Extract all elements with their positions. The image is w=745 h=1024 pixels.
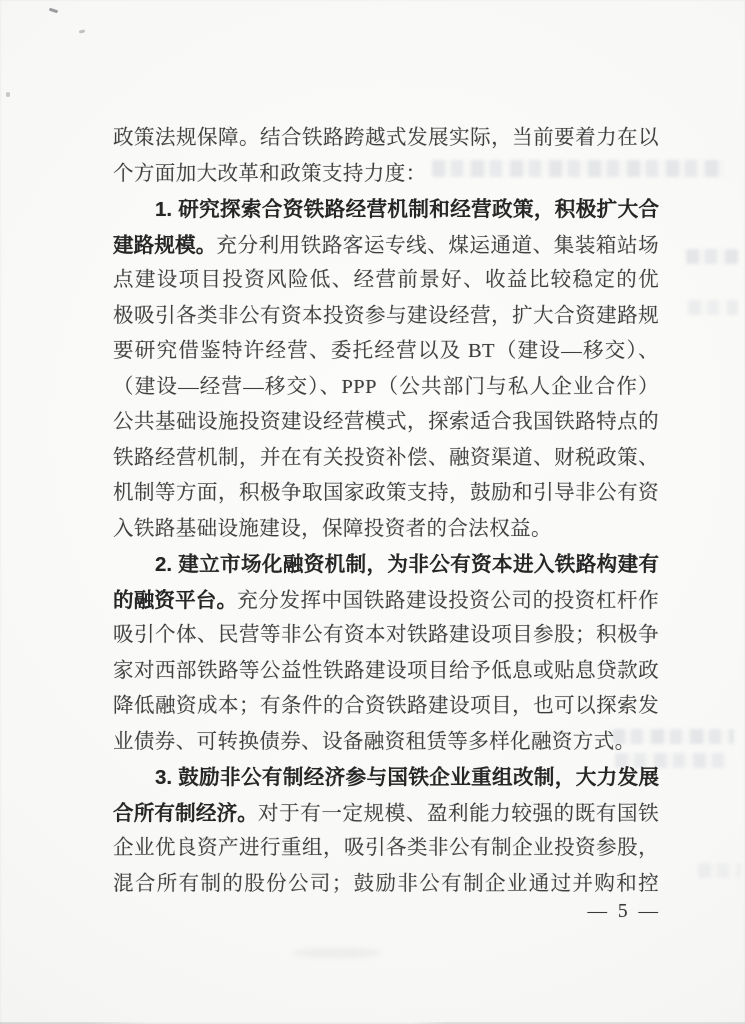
text-line: 公共基础设施投资建设经营模式，探索适合我国铁路特点的合资	[113, 405, 659, 441]
bold-text-run: 合所有制经济。	[113, 802, 258, 825]
scan-speck	[49, 8, 58, 14]
text-line: 家对西部铁路等公益性铁路建设项目给予低息或贴息贷款政策，	[113, 654, 659, 690]
text-run: 吸引个体、民营等非公有资本对铁路建设项目参股；积极争取国	[113, 624, 659, 654]
text-line: 合所有制经济。对于有一定规模、盈利能力较强的既有国铁运输	[113, 796, 659, 832]
text-line: 2. 建立市场化融资机制，为非公有资本进入铁路构建有效	[113, 547, 659, 583]
text-run: 铁路经营机制，并在有关投资补偿、融资渠道、财税政策、运价	[113, 447, 659, 477]
text-line: 吸引个体、民营等非公有资本对铁路建设项目参股；积极争取国	[113, 618, 659, 654]
text-line: 入铁路基础设施建设，保障投资者的合法权益。	[113, 512, 659, 548]
document-page: 政策法规保障。结合铁路跨越式发展实际，当前要着力在以下几个方面加大改革和政策支持…	[0, 0, 745, 1024]
text-line: 3. 鼓励非公有制经济参与国铁企业重组改制，大力发展混	[113, 760, 659, 796]
text-line: 极吸引各类非公有资本投资参与建设经营，扩大合资建路规模。	[113, 299, 659, 335]
text-line: 机制等方面，积极争取国家政策支持，鼓励和引导非公有资本投	[113, 476, 659, 512]
text-run: 业债券、可转换债券、设备融资租赁等多样化融资方式。	[113, 731, 636, 753]
text-line: 政策法规保障。结合铁路跨越式发展实际，当前要着力在以下几	[113, 121, 659, 157]
scan-speck	[6, 92, 10, 97]
bold-text-run: 1. 研究探索合资铁路经营机制和经营政策，积极扩大合资	[155, 198, 659, 228]
text-run: 家对西部铁路等公益性铁路建设项目给予低息或贴息贷款政策，	[113, 660, 659, 690]
bold-text-run: 建路规模。	[113, 234, 216, 257]
document-body: 政策法规保障。结合铁路跨越式发展实际，当前要着力在以下几个方面加大改革和政策支持…	[113, 121, 659, 902]
page-number: — 5 —	[588, 901, 662, 923]
bleed-through-artifact	[688, 300, 738, 315]
text-line: 企业优良资产进行重组，吸引各类非公有制企业投资参股，组建	[113, 831, 659, 867]
bleed-through-artifact	[698, 863, 740, 878]
text-run: 降低融资成本；有条件的合资铁路建设项目，也可以探索发行企	[113, 695, 659, 725]
text-run: 企业优良资产进行重组，吸引各类非公有制企业投资参股，组建	[113, 837, 659, 867]
bold-text-run: 的融资平台。	[113, 589, 237, 612]
text-line: 个方面加大改革和政策支持力度：	[113, 157, 659, 193]
text-run: 公共基础设施投资建设经营模式，探索适合我国铁路特点的合资	[113, 411, 659, 441]
text-line: （建设—经营—移交）、PPP（公共部门与私人企业合作）等多种	[113, 370, 659, 406]
text-line: 的融资平台。充分发挥中国铁路建设投资公司的投资杠杆作用，	[113, 583, 659, 619]
text-line: 点建设项目投资风险低、经营前景好、收益比较稳定的优势，积	[113, 263, 659, 299]
text-run: 极吸引各类非公有资本投资参与建设经营，扩大合资建路规模。	[113, 305, 659, 335]
text-run: 机制等方面，积极争取国家政策支持，鼓励和引导非公有资本投	[113, 482, 659, 512]
text-run: 要研究借鉴特许经营、委托经营以及 BT（建设—移交）、BOT	[113, 340, 659, 370]
scan-speck	[79, 29, 85, 33]
text-run: 个方面加大改革和政策支持力度：	[113, 163, 427, 185]
text-line: 建路规模。充分利用铁路客运专线、煤运通道、集装箱站场等重	[113, 228, 659, 264]
text-run: 入铁路基础设施建设，保障投资者的合法权益。	[113, 518, 552, 540]
text-line: 1. 研究探索合资铁路经营机制和经营政策，积极扩大合资	[113, 192, 659, 228]
text-run: （建设—经营—移交）、PPP（公共部门与私人企业合作）等多种	[113, 376, 659, 406]
bold-text-run: 2. 建立市场化融资机制，为非公有资本进入铁路构建有效	[155, 553, 659, 583]
scan-smudge	[292, 948, 382, 958]
bold-text-run: 3. 鼓励非公有制经济参与国铁企业重组改制，大力发展混	[155, 766, 659, 796]
text-line: 铁路经营机制，并在有关投资补偿、融资渠道、财税政策、运价	[113, 441, 659, 477]
text-run: 混合所有制的股份公司；鼓励非公有制企业通过并购和控股、参	[113, 873, 659, 903]
text-line: 业债券、可转换债券、设备融资租赁等多样化融资方式。	[113, 725, 659, 761]
text-run: 政策法规保障。结合铁路跨越式发展实际，当前要着力在以下几	[113, 127, 659, 157]
text-line: 要研究借鉴特许经营、委托经营以及 BT（建设—移交）、BOT	[113, 334, 659, 370]
text-line: 降低融资成本；有条件的合资铁路建设项目，也可以探索发行企	[113, 689, 659, 725]
text-run: 点建设项目投资风险低、经营前景好、收益比较稳定的优势，积	[113, 269, 659, 299]
bleed-through-artifact	[686, 249, 738, 264]
text-line: 混合所有制的股份公司；鼓励非公有制企业通过并购和控股、参	[113, 867, 659, 903]
